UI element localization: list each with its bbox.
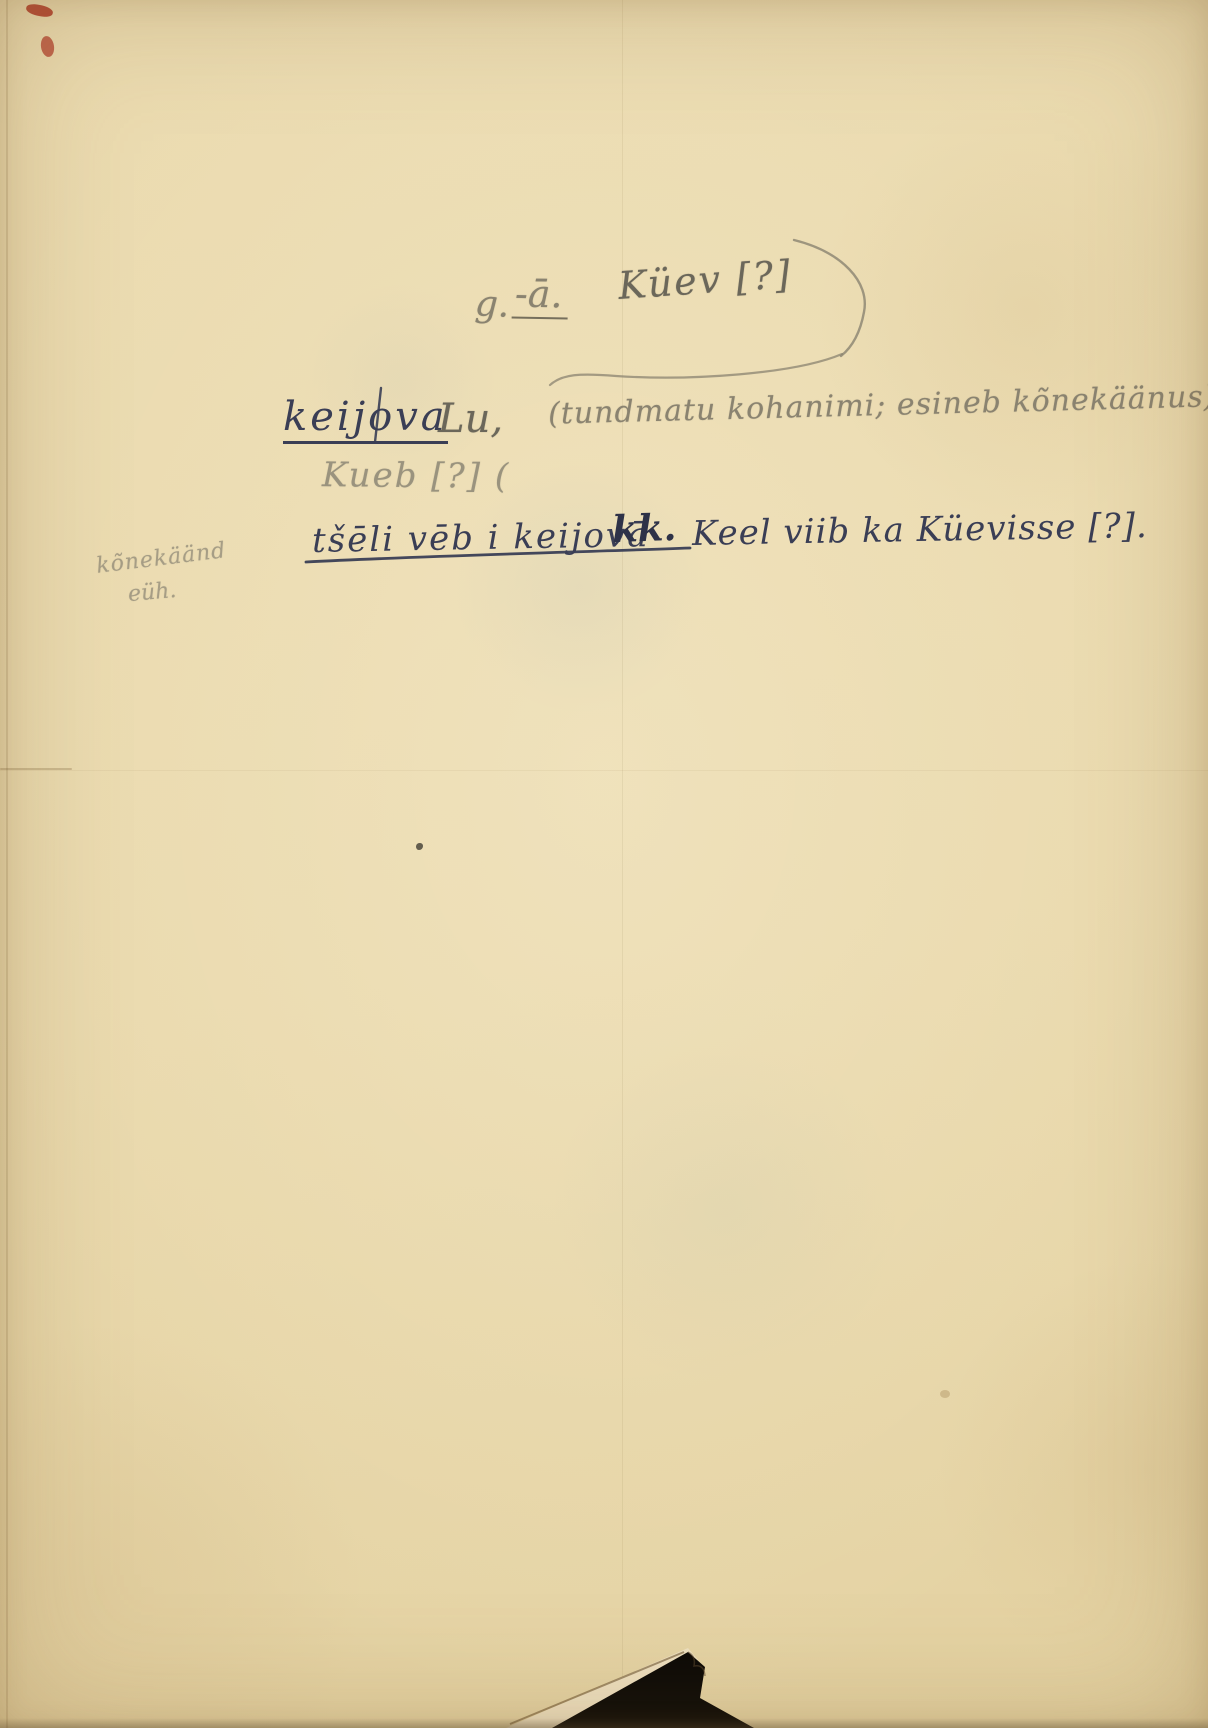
pencil-stroke-overlay (0, 0, 1208, 1728)
large-paren-stroke (794, 240, 865, 356)
connector-swoosh-stroke (550, 354, 842, 385)
example-marker: kk. (611, 505, 677, 551)
manuscript-page: g. -ā. Küev [?] keijova Lu, (tundmatu ko… (0, 0, 1208, 1728)
bottom-edge-shadow (0, 1718, 1208, 1728)
variant-line: Kueb [?] ( (322, 455, 510, 497)
margin-note-line-2: eüh. (127, 578, 177, 607)
example-translation: Keel viib ka Küevisse [?]. (692, 506, 1148, 554)
example-phrase: tšēli vēb i keijovā (312, 515, 650, 561)
grammar-abbreviation: g. (474, 283, 511, 326)
entry-headword: keijova (283, 394, 448, 444)
word-ending-note: -ā. (512, 272, 568, 320)
dialect-label: Lu, (438, 396, 503, 442)
